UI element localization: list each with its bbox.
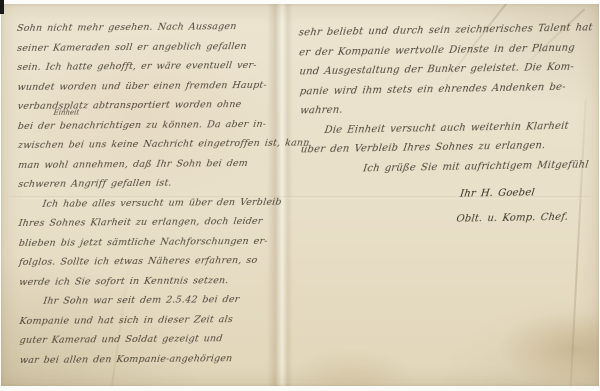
handwriting-line-text: bei der benachrichtigen zu können. Da ab… <box>17 118 267 131</box>
left-page-text: Sohn nicht mehr gesehen. Nach Aussagen s… <box>15 17 272 370</box>
handwriting-line: man wohl annehmen, daß Ihr Sohn bei dem <box>17 153 274 175</box>
handwriting-line: Ihres Sohnes Klarheit zu erlangen, doch … <box>17 212 274 234</box>
handwriting-line: werde ich Sie sofort in Kenntnis setzen. <box>18 270 275 292</box>
handwriting-line: war bei allen den Kompanie-angehörigen <box>19 348 276 370</box>
signature: Ihr H. Goebel <box>458 179 599 207</box>
closing-line: Ich grüße Sie mit aufrichtigem Mitgefühl <box>362 155 598 179</box>
handwriting-line: seiner Kameraden soll er angeblich gefal… <box>16 36 273 58</box>
handwriting-line: zwischen bei uns keine Nachricht eingetr… <box>17 134 274 156</box>
handwriting-line: Ihr Sohn war seit dem 2.5.42 bei der <box>18 290 275 312</box>
handwriting-line: wundet worden und über einen fremden Hau… <box>16 75 273 97</box>
handwriting-line: schweren Angriff gefallen ist. <box>17 173 274 195</box>
handwriting-line: Ich habe alles versucht um über den Verb… <box>17 192 274 214</box>
scanner-edge-artifact <box>0 0 4 14</box>
right-page-text: sehr beliebt und durch sein zeichnerisch… <box>297 18 597 234</box>
signature-block: Ihr H. Goebel Oblt. u. Komp. Chef. <box>458 179 597 231</box>
scanned-letter-screen: Sohn nicht mehr gesehen. Nach Aussagen s… <box>0 0 600 391</box>
handwriting-line: Sohn nicht mehr gesehen. Nach Aussagen <box>16 17 273 39</box>
handwriting-line: Kompanie und hat sich in dieser Zeit als <box>18 309 275 331</box>
handwriting-line: Einheit bei der benachrichtigen zu könne… <box>16 114 273 136</box>
letter-paper: Sohn nicht mehr gesehen. Nach Aussagen s… <box>1 4 599 386</box>
handwriting-line: blieben bis jetzt sämtliche Nachforschun… <box>18 231 275 253</box>
rank-line: Oblt. u. Komp. Chef. <box>455 205 599 232</box>
handwriting-line: folglos. Sollte ich etwas Näheres erfahr… <box>18 251 275 273</box>
interlinear-insertion: Einheit <box>53 109 79 116</box>
handwriting-line: guter Kamerad und Soldat gezeigt und <box>18 329 275 351</box>
handwriting-line: sein. Ich hatte gehofft, er wäre eventue… <box>16 56 273 78</box>
